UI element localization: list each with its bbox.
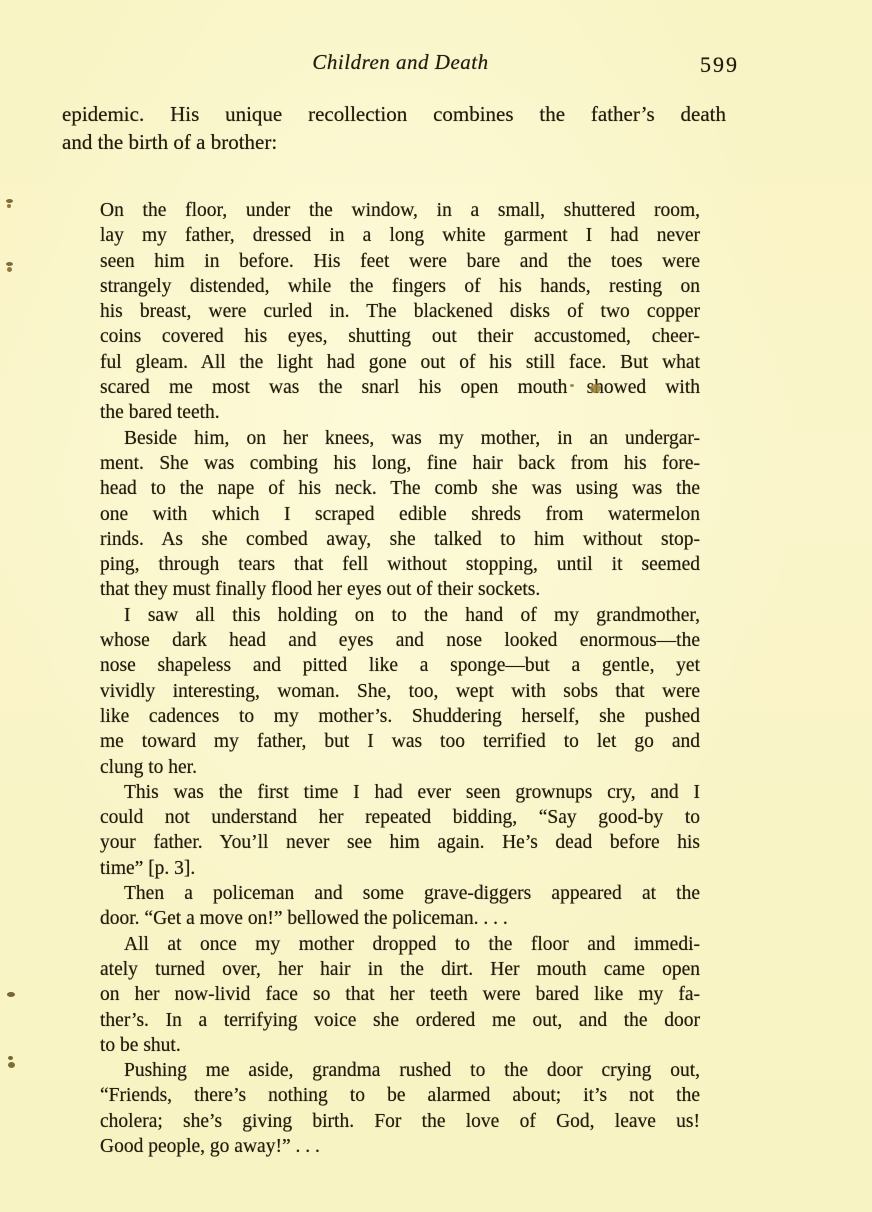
text-line: On the floor, under the window, in a sma… [100, 198, 700, 223]
ink-speck [8, 1056, 13, 1060]
text-line: This was the first time I had ever seen … [100, 780, 700, 805]
text-line: door. “Get a move on!” bellowed the poli… [100, 906, 700, 931]
ink-speck [7, 267, 12, 272]
text-line: whose dark head and eyes and nose looked… [100, 628, 700, 653]
intro-paragraph: epidemic. His unique recollection combin… [62, 100, 726, 156]
text-line: rinds. As she combed away, she talked to… [100, 527, 700, 552]
text-line: vividly interesting, woman. She, too, we… [100, 679, 700, 704]
text-line: one with which I scraped edible shreds f… [100, 502, 700, 527]
text-line: cholera; she’s giving birth. For the lov… [100, 1109, 700, 1134]
text-line: that they must finally flood her eyes ou… [100, 577, 700, 602]
ink-speck [590, 384, 601, 393]
ink-speck [7, 992, 15, 997]
text-line: seen him in before. His feet were bare a… [100, 249, 700, 274]
text-line: Then a policeman and some grave-diggers … [100, 881, 700, 906]
ink-speck [7, 204, 11, 208]
text-line: epidemic. His unique recollection combin… [62, 100, 726, 128]
text-line: time” [p. 3]. [100, 856, 700, 881]
text-line: “Friends, there’s nothing to be alarmed … [100, 1083, 700, 1108]
text-line: clung to her. [100, 755, 700, 780]
text-line: head to the nape of his neck. The comb s… [100, 476, 700, 501]
text-line: ful gleam. All the light had gone out of… [100, 350, 700, 375]
text-line: and the birth of a brother: [62, 128, 726, 156]
text-line: ately turned over, her hair in the dirt.… [100, 957, 700, 982]
text-line: nose shapeless and pitted like a sponge—… [100, 653, 700, 678]
text-line: to be shut. [100, 1033, 700, 1058]
text-line: lay my father, dressed in a long white g… [100, 223, 700, 248]
page-number: 599 [700, 52, 739, 78]
ink-speck [570, 384, 574, 387]
text-line: coins covered his eyes, shutting out the… [100, 324, 700, 349]
block-quote: On the floor, under the window, in a sma… [100, 198, 700, 1159]
text-line: scared me most was the snarl his open mo… [100, 375, 700, 400]
running-head-title: Children and Death [62, 50, 739, 75]
text-line: the bared teeth. [100, 400, 700, 425]
ink-speck [6, 262, 13, 266]
ink-speck [6, 199, 13, 203]
text-line: ment. She was combing his long, fine hai… [100, 451, 700, 476]
text-line: Pushing me aside, grandma rushed to the … [100, 1058, 700, 1083]
text-line: could not understand her repeated biddin… [100, 805, 700, 830]
text-line: his breast, were curled in. The blackene… [100, 299, 700, 324]
text-line: Beside him, on her knees, was my mother,… [100, 426, 700, 451]
book-page: Children and Death 599 epidemic. His uni… [0, 0, 872, 1212]
text-line: ping, through tears that fell without st… [100, 552, 700, 577]
text-line: like cadences to my mother’s. Shuddering… [100, 704, 700, 729]
ink-speck [8, 1062, 15, 1068]
text-line: me toward my father, but I was too terri… [100, 729, 700, 754]
text-line: All at once my mother dropped to the flo… [100, 932, 700, 957]
text-line: I saw all this holding on to the hand of… [100, 603, 700, 628]
text-line: Good people, go away!” . . . [100, 1134, 700, 1159]
text-line: ther’s. In a terrifying voice she ordere… [100, 1008, 700, 1033]
page-header: Children and Death 599 [62, 50, 739, 80]
text-line: your father. You’ll never see him again.… [100, 830, 700, 855]
text-line: on her now-livid face so that her teeth … [100, 982, 700, 1007]
text-line: strangely distended, while the fingers o… [100, 274, 700, 299]
